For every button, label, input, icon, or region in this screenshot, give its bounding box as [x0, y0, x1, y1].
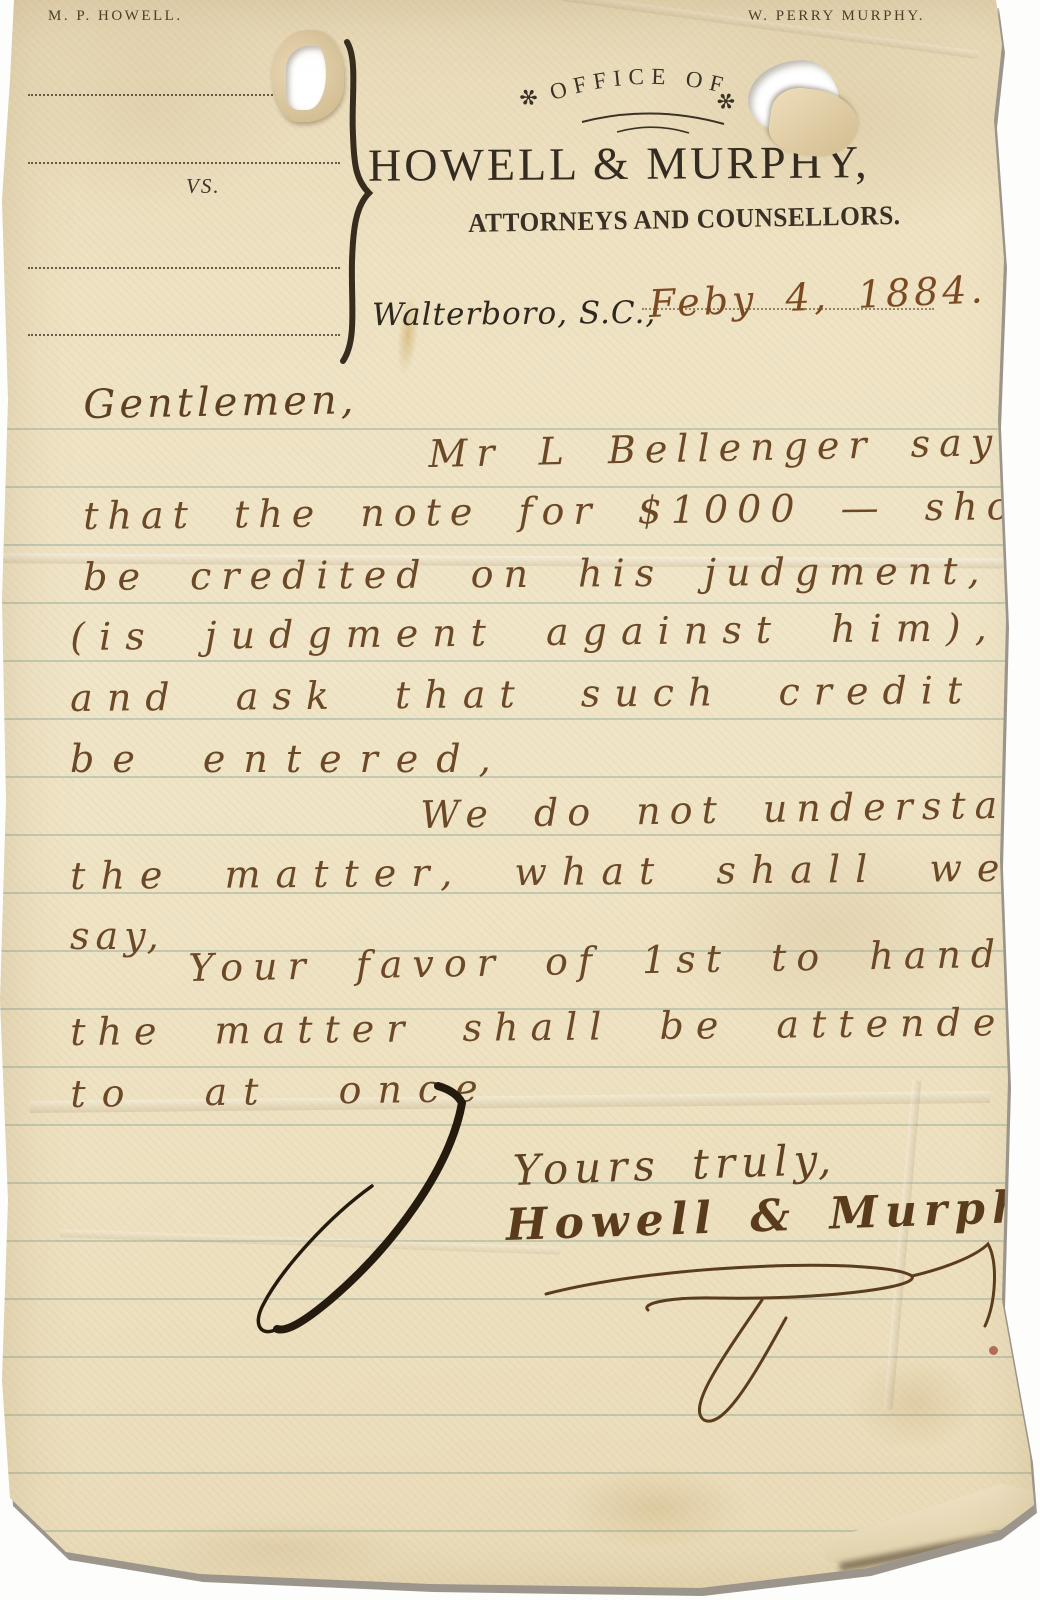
paper-crease: [60, 1229, 560, 1254]
paper-stain: [0, 0, 300, 210]
svg-text:OFFICE OF: OFFICE OF: [547, 64, 732, 105]
paper-crease: [884, 1080, 922, 1410]
vs-label: VS.: [186, 174, 221, 199]
torn-hole: [742, 52, 862, 160]
place-printed: Walterboro, S.C.,: [372, 295, 657, 333]
handwritten-line: the matter shall be attended: [70, 1000, 1040, 1054]
handwritten-line: and ask that such credit: [70, 668, 976, 720]
red-speck: [989, 1346, 998, 1355]
handwritten-line: that the note for $1000 — should: [83, 483, 1040, 538]
handwritten-line: (is judgment against him),: [70, 605, 1001, 659]
closing: Yours truly,: [512, 1135, 838, 1195]
partner-name-right: W. PERRY MURPHY.: [748, 8, 925, 25]
torn-hole: [272, 30, 344, 122]
handwritten-line: be entered,: [70, 737, 509, 781]
fleuron-icon: ✻: [711, 87, 739, 118]
paper-stain: [560, 1466, 750, 1550]
handwritten-line: Your favor of 1st to hand,: [188, 931, 1028, 990]
handwritten-line: the matter, what shall we: [70, 846, 1015, 898]
salutation: Gentlemen,: [83, 377, 358, 428]
scanned-letter: M. P. HOWELL. W. PERRY MURPHY. OFFICE OF…: [0, 0, 1040, 1600]
date-handwritten: Feby 4, 1884.: [648, 267, 987, 326]
firm-subtitle: ATTORNEYS AND COUNSELLORS.: [468, 200, 901, 239]
fleuron-icon: ✻: [515, 83, 543, 114]
handwritten-line: We do not understand: [420, 782, 1040, 837]
caption-dotted-line: [28, 334, 340, 336]
paper-stain: [850, 1356, 980, 1452]
letter-paper: M. P. HOWELL. W. PERRY MURPHY. OFFICE OF…: [0, 0, 1040, 1600]
paper-stain: [150, 1516, 410, 1580]
handwritten-line: say,: [70, 914, 165, 958]
partner-name-left: M. P. HOWELL.: [48, 8, 183, 25]
handwritten-line: Mr L Bellenger says: [428, 419, 1030, 476]
caption-dotted-line: [28, 267, 340, 269]
caption-dotted-line: [28, 162, 340, 164]
handwritten-line: be credited on his judgment,: [83, 549, 990, 599]
handwritten-line: to at once: [70, 1066, 494, 1116]
torn-flap: [766, 84, 862, 162]
